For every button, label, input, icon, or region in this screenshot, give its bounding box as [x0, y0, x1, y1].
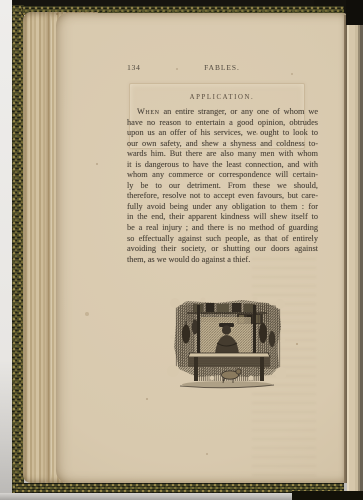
page-header: 134 FABLES. — [127, 63, 317, 75]
paragraph-line: it is dangerous to have the least connec… — [127, 160, 318, 171]
page-content: 134 FABLES. APPLICATION. When an entire … — [56, 13, 346, 483]
paragraph-line: so effectually against such people, as t… — [127, 234, 318, 245]
page-gutter-seam — [344, 15, 347, 483]
paragraph-line: ly be to our detriment. From these we sh… — [127, 181, 318, 192]
shop-engraving-illustration — [167, 297, 286, 392]
paragraph-line-text: an entire stranger, or any one of whom w… — [163, 107, 318, 116]
paragraph-line: fully avoid being under any obligation t… — [127, 202, 318, 213]
paragraph-line: in the end, their apparent kindness will… — [127, 212, 318, 223]
backdrop-right-top — [346, 0, 363, 25]
book-photo: 134 FABLES. APPLICATION. When an entire … — [0, 0, 363, 500]
foxing-specks — [56, 13, 58, 15]
paragraph-line: wards him. But there are also many men w… — [127, 149, 318, 160]
section-heading: APPLICATION. — [127, 94, 317, 101]
paragraph-line: avoiding their society, or shutting our … — [127, 244, 318, 255]
paragraph-line: upon us an offer of his services, we oug… — [127, 128, 318, 139]
paragraph-lead-word: When — [137, 107, 160, 116]
application-paragraph: When an entire stranger, or any one of w… — [127, 107, 318, 265]
paragraph-line: have no reason to entertain a good opini… — [127, 118, 318, 129]
page-stack-fold — [44, 12, 52, 483]
running-header: FABLES. — [127, 63, 317, 72]
facing-page-edge — [347, 0, 363, 500]
paragraph-line: be a real injury ; and there is no metho… — [127, 223, 318, 234]
paragraph-line: whom any commerce or correspondence will… — [127, 170, 318, 181]
paragraph-line: therefore, resolve not to accept even fa… — [127, 191, 318, 202]
backdrop-bottom-right — [292, 491, 363, 500]
paragraph-line: When an entire stranger, or any one of w… — [127, 107, 318, 118]
paragraph-line: our own safety, and shew a shyness and c… — [127, 139, 318, 150]
